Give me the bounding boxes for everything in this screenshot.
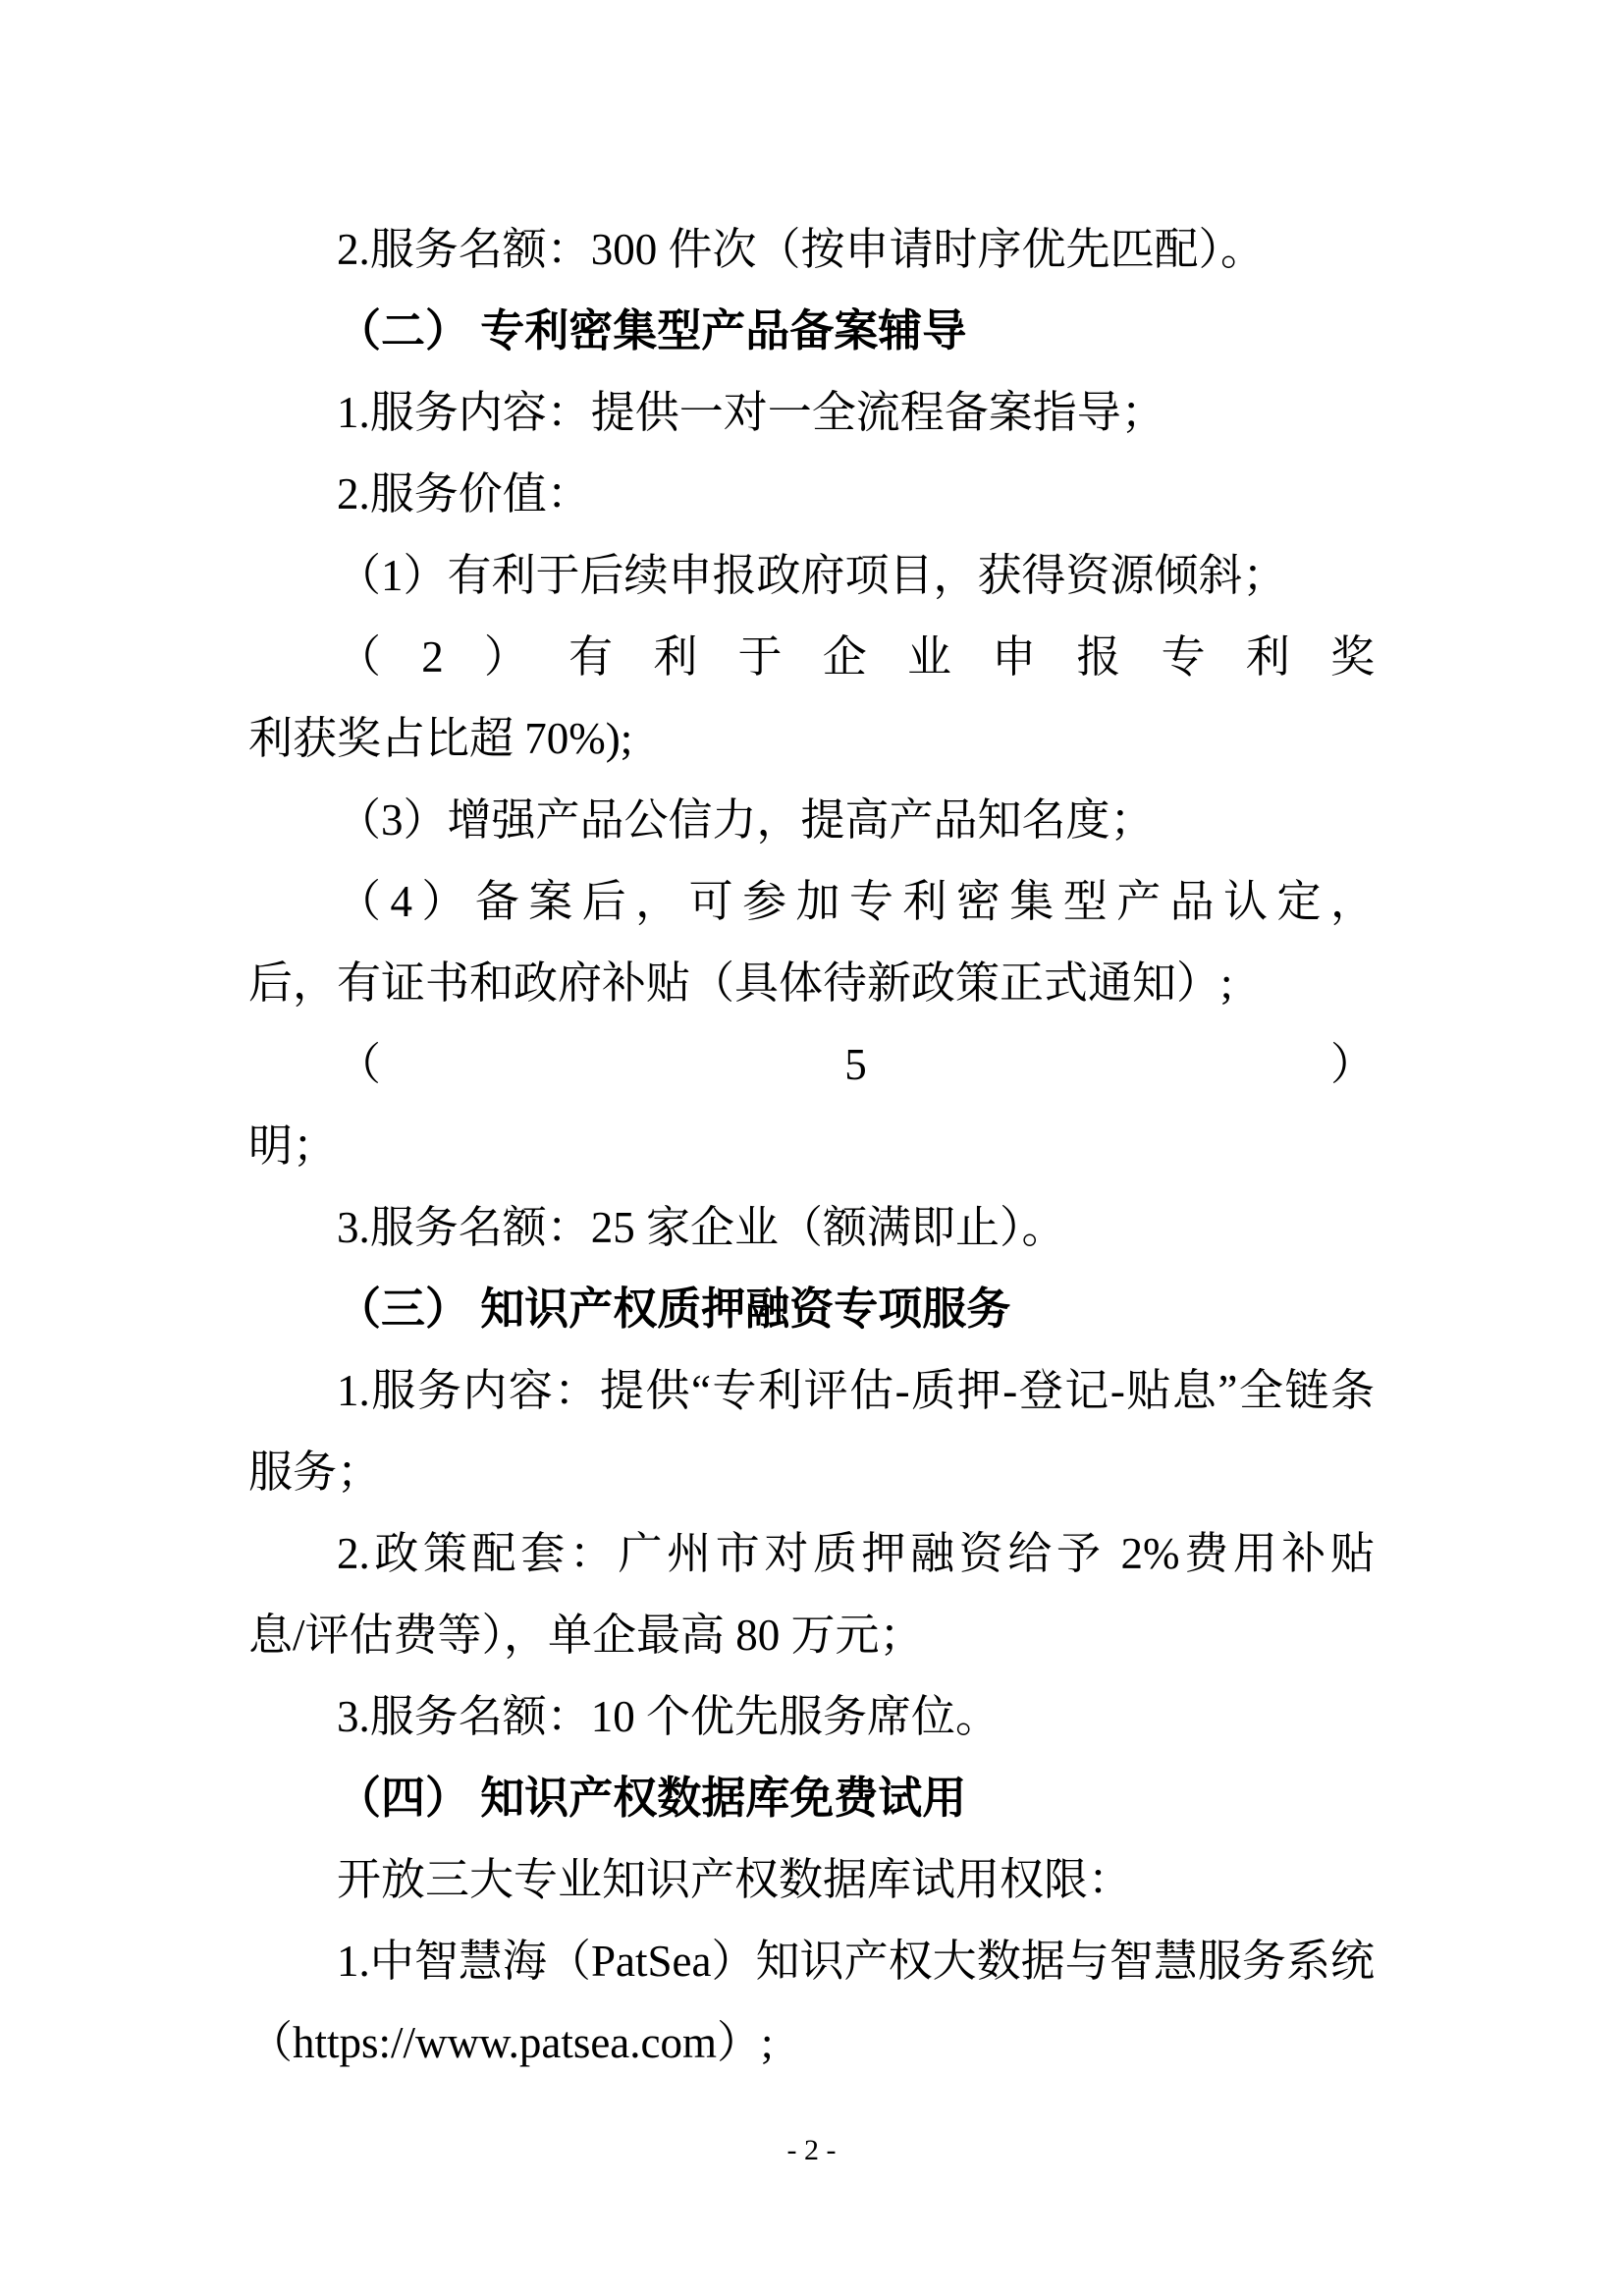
text-line: 3.服务名额：25 家企业（额满即止）。 [248,1187,1375,1269]
text-line: 3.服务名额：10 个优先服务席位。 [248,1676,1375,1758]
text-line: （1）有利于后续申报政府项目，获得资源倾斜； [248,535,1375,617]
page-number: - 2 - [0,2129,1623,2172]
text-line: （4）备案后，可参加专利密集型产品认定，通过认定 [248,861,1375,943]
text-line: （2）有利于企业申报专利奖（专利密集型产业发明专 [248,617,1375,698]
text-line: （5）备案的专利密集型产品可作为高企的科技成果证 [248,1024,1375,1106]
section-heading: （四） 知识产权数据库免费试用 [248,1758,1375,1839]
text-line: （https://www.patsea.com）; [248,2002,1375,2084]
section-heading: （二） 专利密集型产品备案辅导 [248,291,1375,372]
text-line: 2.服务价值： [248,454,1375,535]
text-line: 后，有证书和政府补贴（具体待新政策正式通知）; [248,943,1375,1024]
text-line: 1.服务内容：提供“专利评估-质押-登记-贴息”全链条 [248,1350,1375,1432]
text-line: 2.服务名额：300 件次（按申请时序优先匹配）。 [248,209,1375,291]
text-line: （3）增强产品公信力，提高产品知名度； [248,780,1375,861]
document-page: 2.服务名额：300 件次（按申请时序优先匹配）。 （二） 专利密集型产品备案辅… [0,0,1623,2296]
document-body: 2.服务名额：300 件次（按申请时序优先匹配）。 （二） 专利密集型产品备案辅… [248,209,1375,2084]
section-heading: （三） 知识产权质押融资专项服务 [248,1269,1375,1350]
text-line: 息/评估费等），单企最高 80 万元； [248,1595,1375,1676]
text-line: 2.政策配套：广州市对质押融资给予 2%费用补贴（含利 [248,1513,1375,1595]
text-line: 开放三大专业知识产权数据库试用权限： [248,1839,1375,1921]
text-line: 利获奖占比超 70%); [248,698,1375,780]
text-line: 服务； [248,1432,1375,1513]
text-line: 明； [248,1106,1375,1187]
text-line: 1.中智慧海（PatSea）知识产权大数据与智慧服务系统 [248,1921,1375,2002]
text-line: 1.服务内容：提供一对一全流程备案指导； [248,372,1375,454]
